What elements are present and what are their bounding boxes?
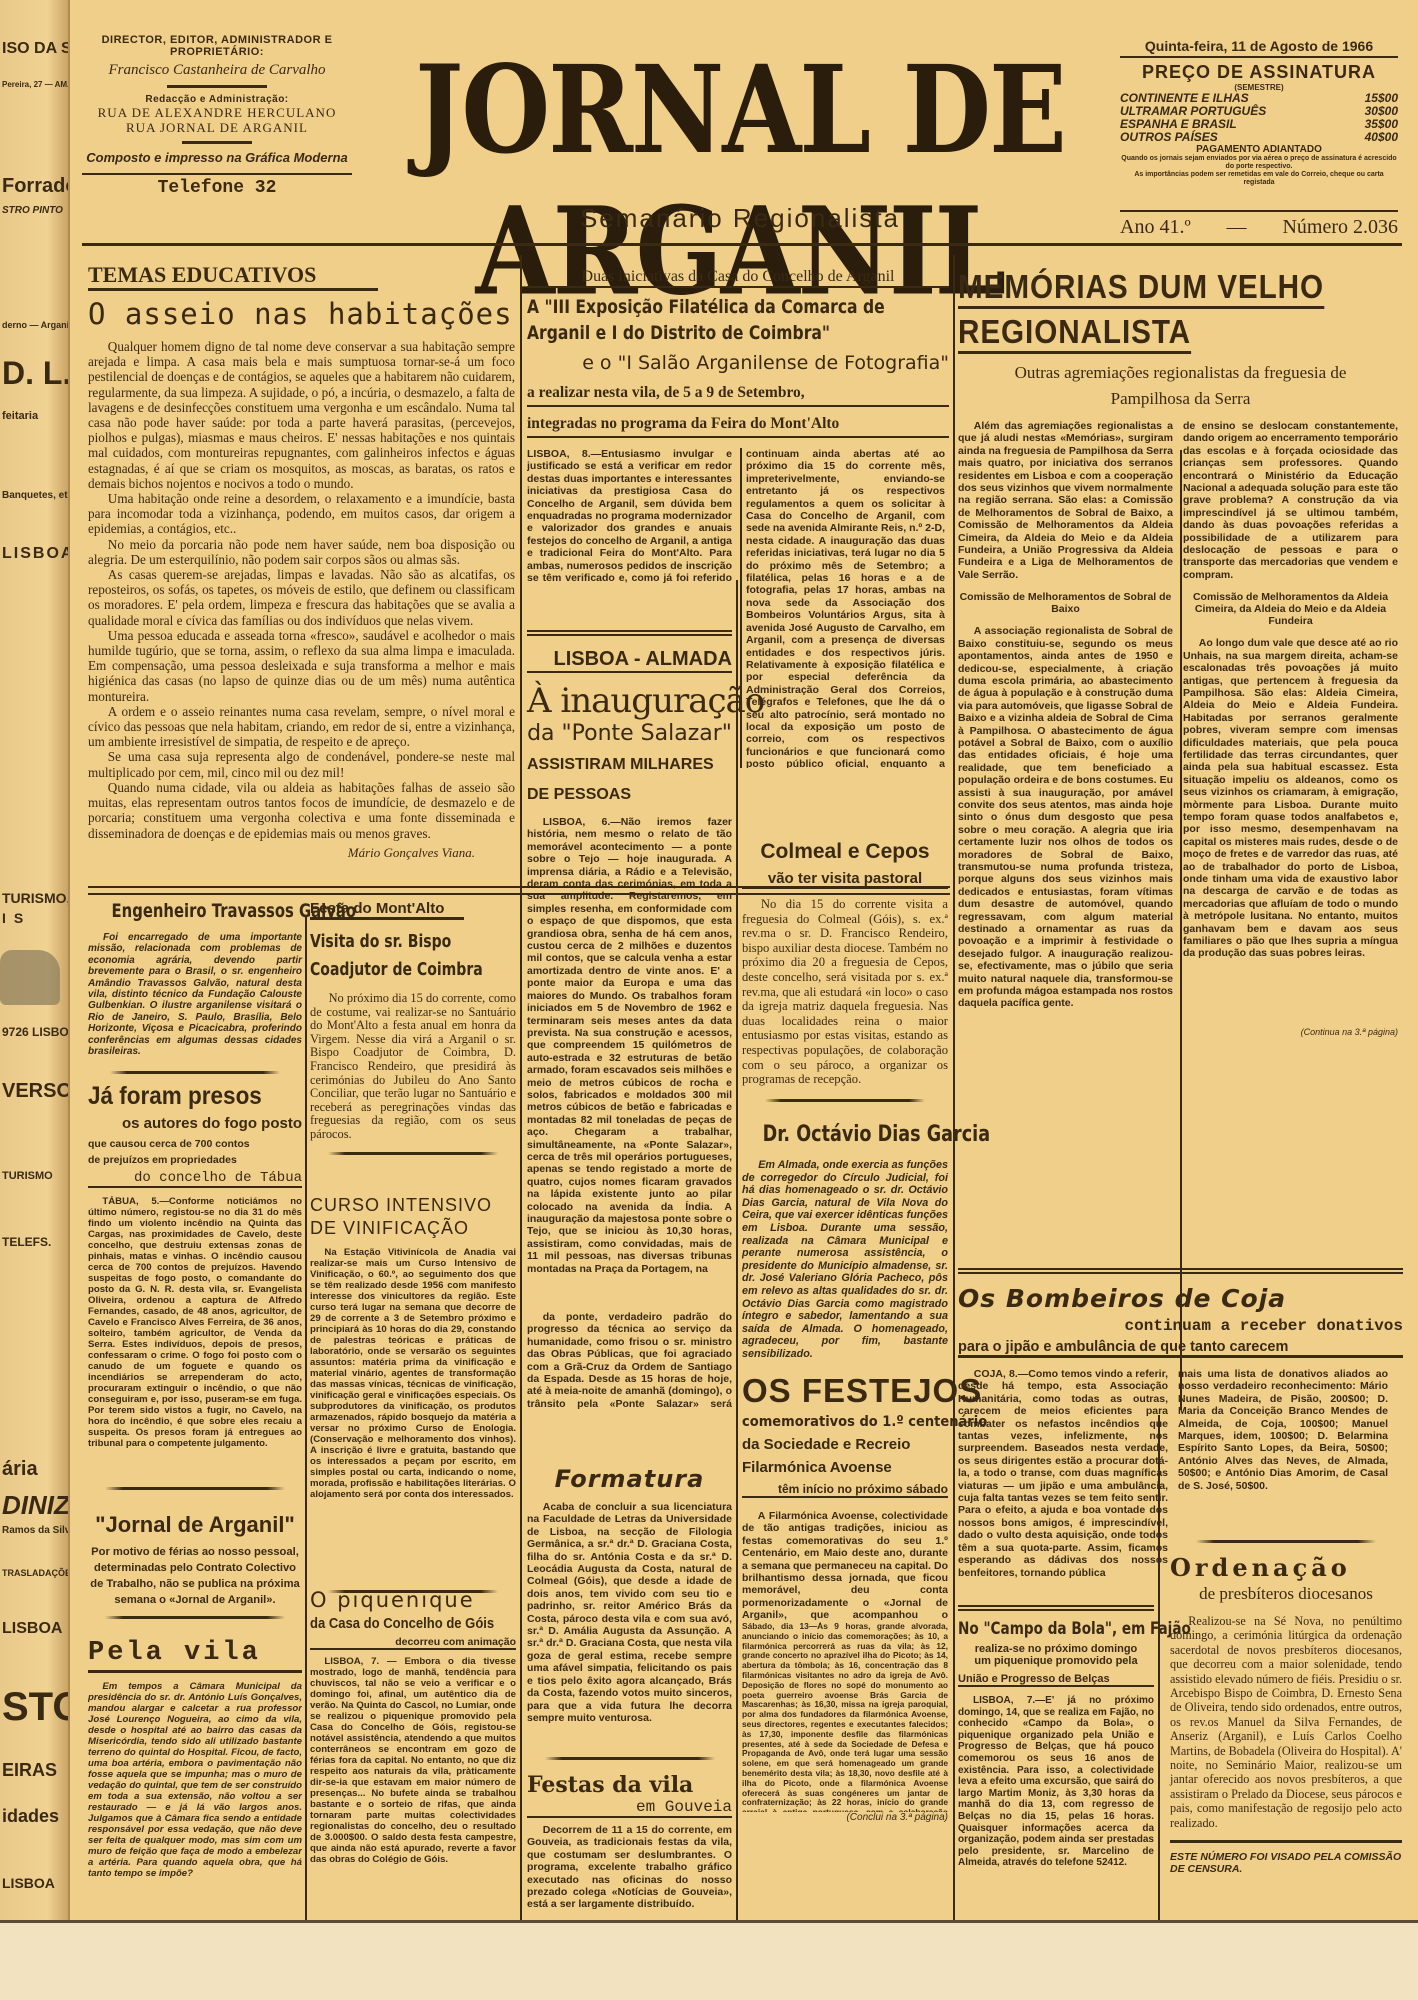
headline: O piquenique	[310, 1588, 516, 1612]
headline: A "III Exposição Filatélica da Comarca d…	[527, 294, 949, 346]
divider	[167, 85, 267, 88]
deck: Filarmónica Avoense	[742, 1459, 948, 1476]
deck: do concelho de Tábua	[88, 1170, 302, 1188]
headline: O asseio nas habitações	[88, 297, 515, 331]
column-text: Ao longo dum vale que desce até ao rio U…	[1183, 637, 1398, 1027]
ad-text: EIRAS	[2, 1760, 57, 1781]
article-body: Acaba de concluir a sua licenciatura na …	[527, 1501, 732, 1751]
page-edge	[0, 1920, 1418, 2000]
headline: Já foram presos	[88, 1082, 281, 1111]
article-curso-vinificacao: CURSO INTENSIVO DE VINIFICAÇÃO Na Estaçã…	[310, 1195, 516, 1593]
divider	[328, 1152, 498, 1155]
article-octavio-dias-garcia: Dr. Octávio Dias Garcia Em Almada, onde …	[742, 1122, 948, 1361]
article-body: Realizou-se na Sé Nova, no penúltimo dom…	[1170, 1614, 1402, 1830]
section-kicker: LISBOA - ALMADA	[527, 648, 732, 673]
article-body: da ponte, verdadeiro padrão do progresso…	[527, 1311, 732, 1411]
article-festa-mont-alto: Festa do Mont'Alto Visita do sr. Bispo C…	[310, 900, 516, 1155]
article-os-festejos: OS FESTEJOS comemorativos do 1.º centená…	[742, 1372, 948, 1823]
section-kicker: Duas iniciativas da Casa do Concelho de …	[527, 268, 949, 288]
ad-text: Ramos da Silva	[2, 1525, 70, 1536]
article-body: TÁBUA, 5.—Conforme noticiámos no último …	[88, 1196, 302, 1481]
article-ordenacao: Ordenação de presbíteros diocesanos Real…	[1170, 1540, 1402, 1875]
phone-number: Telefone 32	[82, 173, 352, 198]
ad-text: LISBOA	[2, 1875, 55, 1891]
headline: REGIONALISTA	[958, 313, 1191, 354]
column-rule	[305, 915, 307, 1925]
ad-text: TELEFS.	[2, 1235, 51, 1249]
price-title: PREÇO DE ASSINATURA	[1120, 62, 1398, 83]
headline: Os Bombeiros de Coja	[958, 1284, 1403, 1313]
article-body: Na Estação Vitivinícola de Anadia vai re…	[310, 1247, 516, 1582]
ad-text: D. L.DA	[2, 355, 70, 392]
article-body: No próximo dia 15 do corrente, como de c…	[310, 992, 516, 1142]
headline: Engenheiro Travassos Galvão	[112, 900, 279, 922]
adjacent-page-ads: ISO DA SILVA Pereira, 27 — AMADORA Forra…	[0, 0, 70, 1920]
column-text: A associação regionalista de Sobral de B…	[958, 625, 1173, 1125]
address-line: RUA DE ALEXANDRE HERCULANO	[82, 105, 352, 120]
paragraph: Se uma casa suja representa algo de cond…	[88, 749, 515, 779]
headline: Colmeal e Cepos	[742, 840, 948, 864]
article-pela-vila: Pela vila Em tempos a Câmara Municipal d…	[88, 1638, 302, 1911]
column-rule	[520, 915, 522, 1925]
car-illustration	[0, 950, 60, 1005]
deck: os autores do fogo posto	[88, 1115, 302, 1132]
article-memorias: MEMÓRIAS DUM VELHO REGIONALISTA Outras a…	[958, 268, 1403, 1125]
article-body: LISBOA, 7. — Embora o dia tivesse mostra…	[310, 1656, 516, 1901]
ad-text: TURISMO	[2, 1170, 53, 1182]
article-campo-da-bola: No "Campo da Bola", em Fajão realiza-se …	[958, 1605, 1154, 1869]
director-name: Francisco Castanheira de Carvalho	[82, 62, 352, 79]
author-byline: Mário Gonçalves Viana.	[88, 845, 515, 861]
newspaper-subtitle: Semanário Regionalista	[520, 203, 960, 234]
article-body: LISBOA, 7.—E' já no próximo domingo, 14,…	[958, 1695, 1154, 1869]
ad-text: VERSO	[2, 1080, 70, 1103]
price-row: OUTROS PAÍSES40$00	[1120, 131, 1398, 144]
headline: da Casa do Concelho de Góis	[310, 1616, 495, 1632]
column-text: COJA, 8.—Como temos vindo a referir, des…	[958, 1368, 1168, 1579]
article-bombeiros-coja: Os Bombeiros de Coja continuam a receber…	[958, 1268, 1403, 1579]
notice-jornal-de-arganil: "Jornal de Arganil" Por motivo de férias…	[88, 1512, 302, 1619]
headline: Ordenação	[1170, 1553, 1402, 1582]
subheading: Comissão de Melhoramentos da Aldeia Cime…	[1183, 591, 1398, 627]
article-colmeal-cepos: Colmeal e Cepos vão ter visita pastoral …	[742, 840, 948, 1102]
column-text: de ensino se deslocam constantemente, da…	[1183, 420, 1398, 581]
article-body: Foi encarregado de uma importante missão…	[88, 932, 302, 1057]
headline: "Jornal de Arganil"	[88, 1512, 302, 1538]
paragraph: Uma habitação onde reine a desordem, o r…	[88, 491, 515, 537]
ad-text: IS	[2, 910, 31, 926]
office-label: Redacção e Administração:	[82, 94, 352, 105]
headline: Formatura	[527, 1465, 732, 1493]
deck: a realizar nesta vila, de 5 a 9 de Setem…	[527, 384, 949, 407]
article-festas-gouveia: Festas da vila em Gouveia Decorrem de 11…	[527, 1772, 732, 1911]
paragraph: Quando numa cidade, vila ou aldeia as ha…	[88, 780, 515, 841]
ad-text: Banquetes, etc.	[2, 490, 70, 501]
ad-text: ISO DA SILVA	[2, 40, 70, 58]
ad-text: DINIZ	[2, 1490, 70, 1521]
ad-text: feitaria	[2, 410, 38, 422]
deck: em Gouveia	[527, 1798, 732, 1818]
headline: Visita do sr. Bispo Coadjutor de Coimbra	[310, 928, 516, 984]
paragraph: No meio da porcaria não pode nem haver s…	[88, 537, 515, 567]
article-body: LISBOA, 6.—Não iremos fazer história, ne…	[527, 816, 732, 1311]
article-body: No dia 15 do corrente visita a freguesia…	[742, 897, 948, 1087]
headline: Pela vila	[88, 1638, 302, 1673]
printer-credit: Composto e impresso na Gráfica Moderna	[82, 150, 352, 165]
year-label: Ano 41.º	[1120, 216, 1191, 239]
divider	[105, 1487, 285, 1490]
column-text: continuam ainda abertas até ao próximo d…	[740, 448, 945, 768]
deck: Outras agremiações regionalistas da freg…	[958, 360, 1403, 412]
paragraph: As casas querem-se arejadas, limpas e la…	[88, 567, 515, 628]
section-kicker: TEMAS EDUCATIVOS	[88, 262, 378, 291]
headline: À inauguração	[527, 681, 732, 721]
ad-text: TRASLADAÇÕES	[2, 1568, 70, 1578]
article-body: A Filarmónica Avoense, colectividade de …	[742, 1510, 948, 1622]
issue-date: Quinta-feira, 11 de Agosto de 1966	[1120, 38, 1398, 58]
article-ponte-salazar: LISBOA - ALMADA À inauguração da "Ponte …	[527, 630, 732, 1411]
headline: No "Campo da Bola", em Fajão	[958, 1619, 1115, 1639]
remittance-note: As importâncias podem ser remetidas em v…	[1120, 171, 1398, 187]
article-piquenique-gois: O piquenique da Casa do Concelho de Góis…	[310, 1588, 516, 1901]
paragraph: Uma pessoa educada e asseada torna «fres…	[88, 628, 515, 704]
deck: de prejuízos em propriedades	[88, 1154, 302, 1166]
column-rule	[953, 255, 955, 1925]
festival-program: Sábado, dia 13—Às 9 horas, grande alvora…	[742, 1622, 948, 1812]
deck: para o jipão e ambulância de que tanto c…	[958, 1339, 1403, 1358]
article-body: Em tempos a Câmara Municipal da presidên…	[88, 1681, 302, 1911]
deck: que causou cerca de 700 contos	[88, 1138, 302, 1150]
ad-text: STRO PINTO	[2, 205, 63, 216]
payment-note: PAGAMENTO ADIANTADO	[1120, 144, 1398, 155]
article-presos-fogo-posto: Já foram presos os autores do fogo posto…	[88, 1082, 302, 1490]
headline: DE VINIFICAÇÃO	[310, 1218, 516, 1239]
headline: Dr. Octávio Dias Garcia	[763, 1122, 928, 1147]
staff-label: DIRECTOR, EDITOR, ADMINISTRADOR E PROPRI…	[82, 34, 352, 58]
airmail-note: Quando os jornais sejam enviados por via…	[1120, 155, 1398, 171]
ad-text: 9726 LISBOA	[2, 1025, 70, 1039]
continued-note: (Continua na 3.ª página)	[1183, 1027, 1398, 1037]
divider	[765, 1099, 925, 1102]
divider	[1196, 1540, 1376, 1543]
divider	[527, 630, 732, 636]
headline: da "Ponte Salazar"	[527, 721, 732, 746]
notice-body: Por motivo de férias ao nosso pessoal, d…	[88, 1544, 302, 1608]
ad-text: ária	[2, 1458, 38, 1481]
dash: —	[1227, 216, 1247, 239]
divider	[182, 141, 252, 144]
divider	[110, 1071, 280, 1074]
column-rule	[736, 580, 738, 1925]
subheading: Comissão de Melhoramentos de Sobral de B…	[958, 591, 1173, 615]
article-formatura: Formatura Acaba de concluir a sua licenc…	[527, 1465, 732, 1760]
continued-note: (Conclui na 3.ª página)	[742, 1812, 948, 1823]
masthead-rule	[82, 243, 1402, 246]
deck: decorreu com animação	[310, 1636, 516, 1650]
paragraph: Qualquer homem digno de tal nome deve co…	[88, 339, 515, 491]
divider	[105, 1616, 285, 1619]
divider	[958, 1605, 1154, 1611]
column-text: LISBOA, 8.—Entusiasmo invulgar e justifi…	[527, 448, 732, 583]
deck: da Sociedade e Recreio	[742, 1436, 948, 1453]
ad-text: Pereira, 27 — AMADORA	[2, 80, 70, 89]
column-text: Além das agremiações regionalistas a que…	[958, 420, 1173, 581]
ad-text: idades	[2, 1806, 59, 1827]
deck: continuam a receber donativos	[958, 1317, 1403, 1335]
article-temas-educativos: TEMAS EDUCATIVOS O asseio nas habitações…	[88, 262, 515, 861]
deck: de presbíteros diocesanos	[1170, 1584, 1402, 1604]
ad-text: Forrados	[2, 175, 70, 198]
newspaper-page: ISO DA SILVA Pereira, 27 — AMADORA Forra…	[0, 0, 1418, 1920]
divider	[545, 1757, 715, 1760]
section-kicker: Festa do Mont'Alto	[310, 900, 464, 920]
column-rule	[520, 255, 522, 915]
deck: um piquenique promovido pela	[958, 1655, 1154, 1667]
ad-text: STO	[2, 1685, 70, 1730]
ad-text: LISBOA	[2, 545, 70, 563]
headline: CURSO INTENSIVO	[310, 1195, 516, 1216]
deck: comemorativos do 1.º centenário	[742, 1414, 927, 1430]
deck: vão ter visita pastoral	[742, 870, 948, 889]
article-body: Em Almada, onde exercia as funções de co…	[742, 1159, 948, 1361]
headline: MEMÓRIAS DUM VELHO	[958, 268, 1324, 309]
deck: realiza-se no próximo domingo	[958, 1643, 1154, 1655]
ad-text: LISBOA	[2, 1620, 62, 1638]
issue-number: Número 2.036	[1282, 216, 1398, 239]
masthead-staff-box: DIRECTOR, EDITOR, ADMINISTRADOR E PROPRI…	[82, 34, 352, 198]
deck: ASSISTIRAM MILHARES DE PESSOAS	[527, 750, 732, 810]
headline: Festas da vila	[527, 1772, 732, 1798]
headline: e o "I Salão Arganilense de Fotografia"	[527, 352, 949, 374]
article-travassos-galvao: Engenheiro Travassos Galvão Foi encarreg…	[88, 900, 302, 1074]
deck: têm início no próximo sábado	[742, 1482, 948, 1498]
censor-notice: ESTE NÚMERO FOI VISADO PELA COMISSÃO DE …	[1170, 1840, 1402, 1875]
paragraph: A ordem e o asseio reinantes numa casa r…	[88, 704, 515, 750]
deck: União e Progresso de Belças	[958, 1673, 1154, 1687]
ad-text: TURISMO, L.	[2, 890, 70, 906]
address-line: RUA JORNAL DE ARGANIL	[82, 120, 352, 135]
divider	[958, 1268, 1403, 1274]
ad-text: derno — Arganil	[2, 320, 70, 330]
issue-info: Ano 41.º — Número 2.036	[1120, 210, 1398, 239]
deck: integradas no programa da Feira do Mont'…	[527, 415, 949, 438]
headline: OS FESTEJOS	[742, 1372, 948, 1410]
masthead-price-box: Quinta-feira, 11 de Agosto de 1966 PREÇO…	[1120, 38, 1398, 187]
article-body: Decorrem de 11 a 15 do corrente, em Gouv…	[527, 1824, 732, 1911]
